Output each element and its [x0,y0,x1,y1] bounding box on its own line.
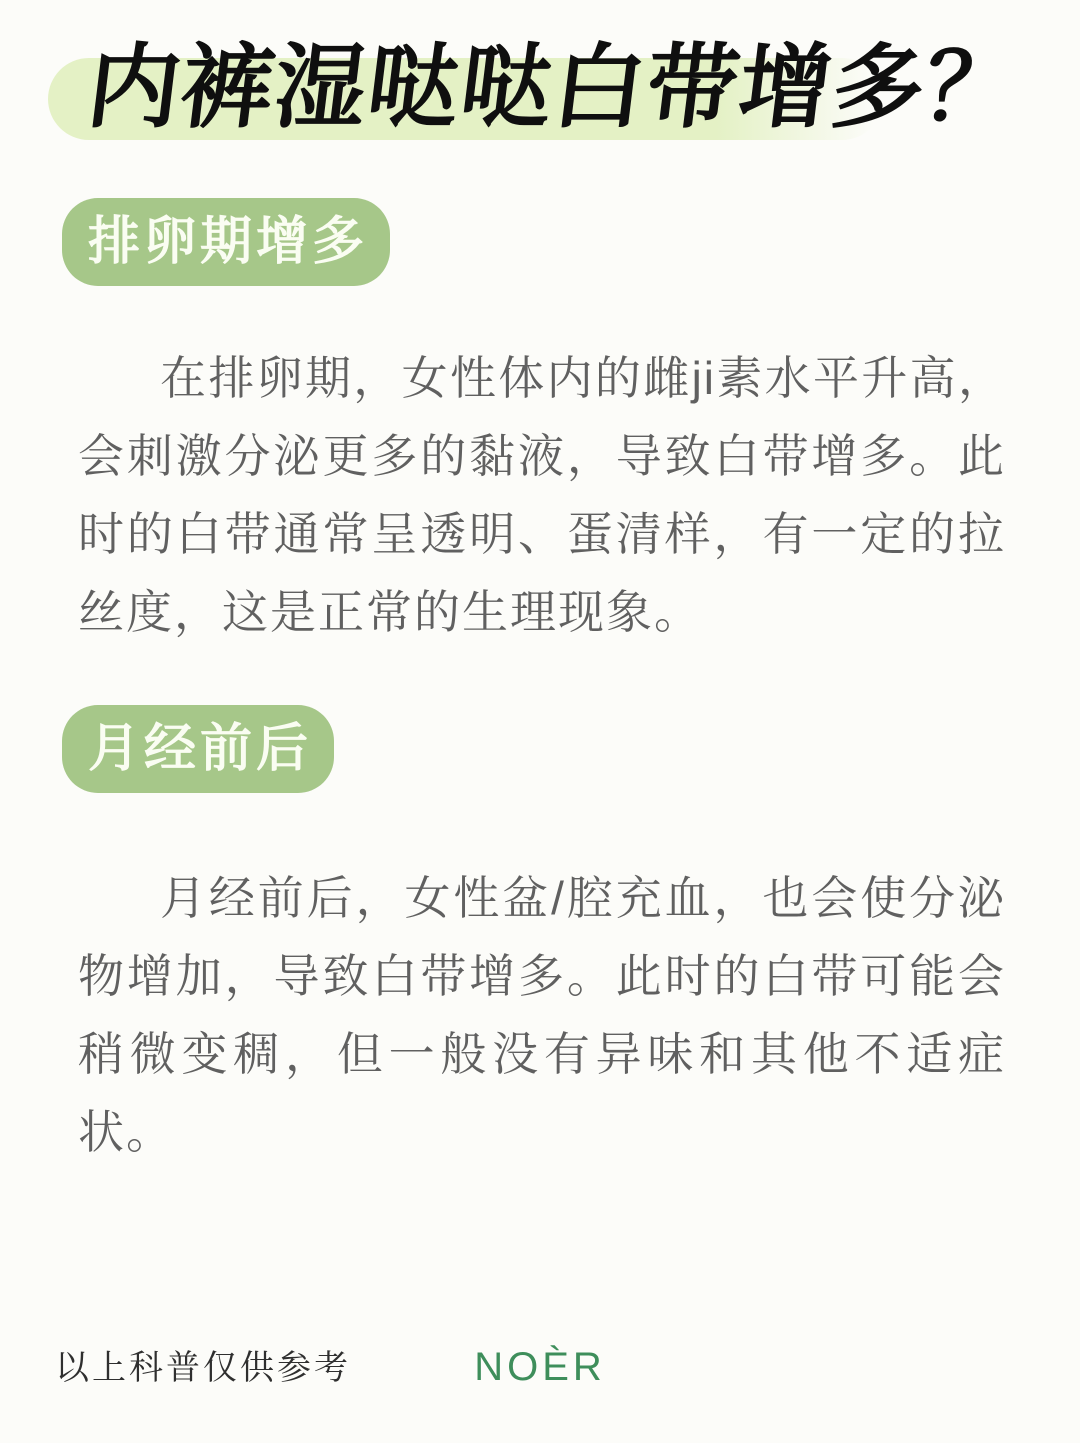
page-title: 内裤湿哒哒白带增多？ [82,38,1024,139]
section-menstruation-heading-pill: 月经前后 [62,705,334,793]
infographic-page: 内裤湿哒哒白带增多？ 排卵期增多 在排卵期，女性体内的雌ji素水平升高，会刺激分… [0,0,1080,1443]
section-menstruation-body: 月经前后，女性盆/腔充血，也会使分泌物增加，导致白带增多。此时的白带可能会稍微变… [78,859,1006,1171]
brand-logo: NOÈR [0,1344,1080,1390]
section-ovulation-body: 在排卵期，女性体内的雌ji素水平升高，会刺激分泌更多的黏液，导致白带增多。此时的… [78,339,1006,651]
section-ovulation-heading-pill: 排卵期增多 [62,198,390,286]
